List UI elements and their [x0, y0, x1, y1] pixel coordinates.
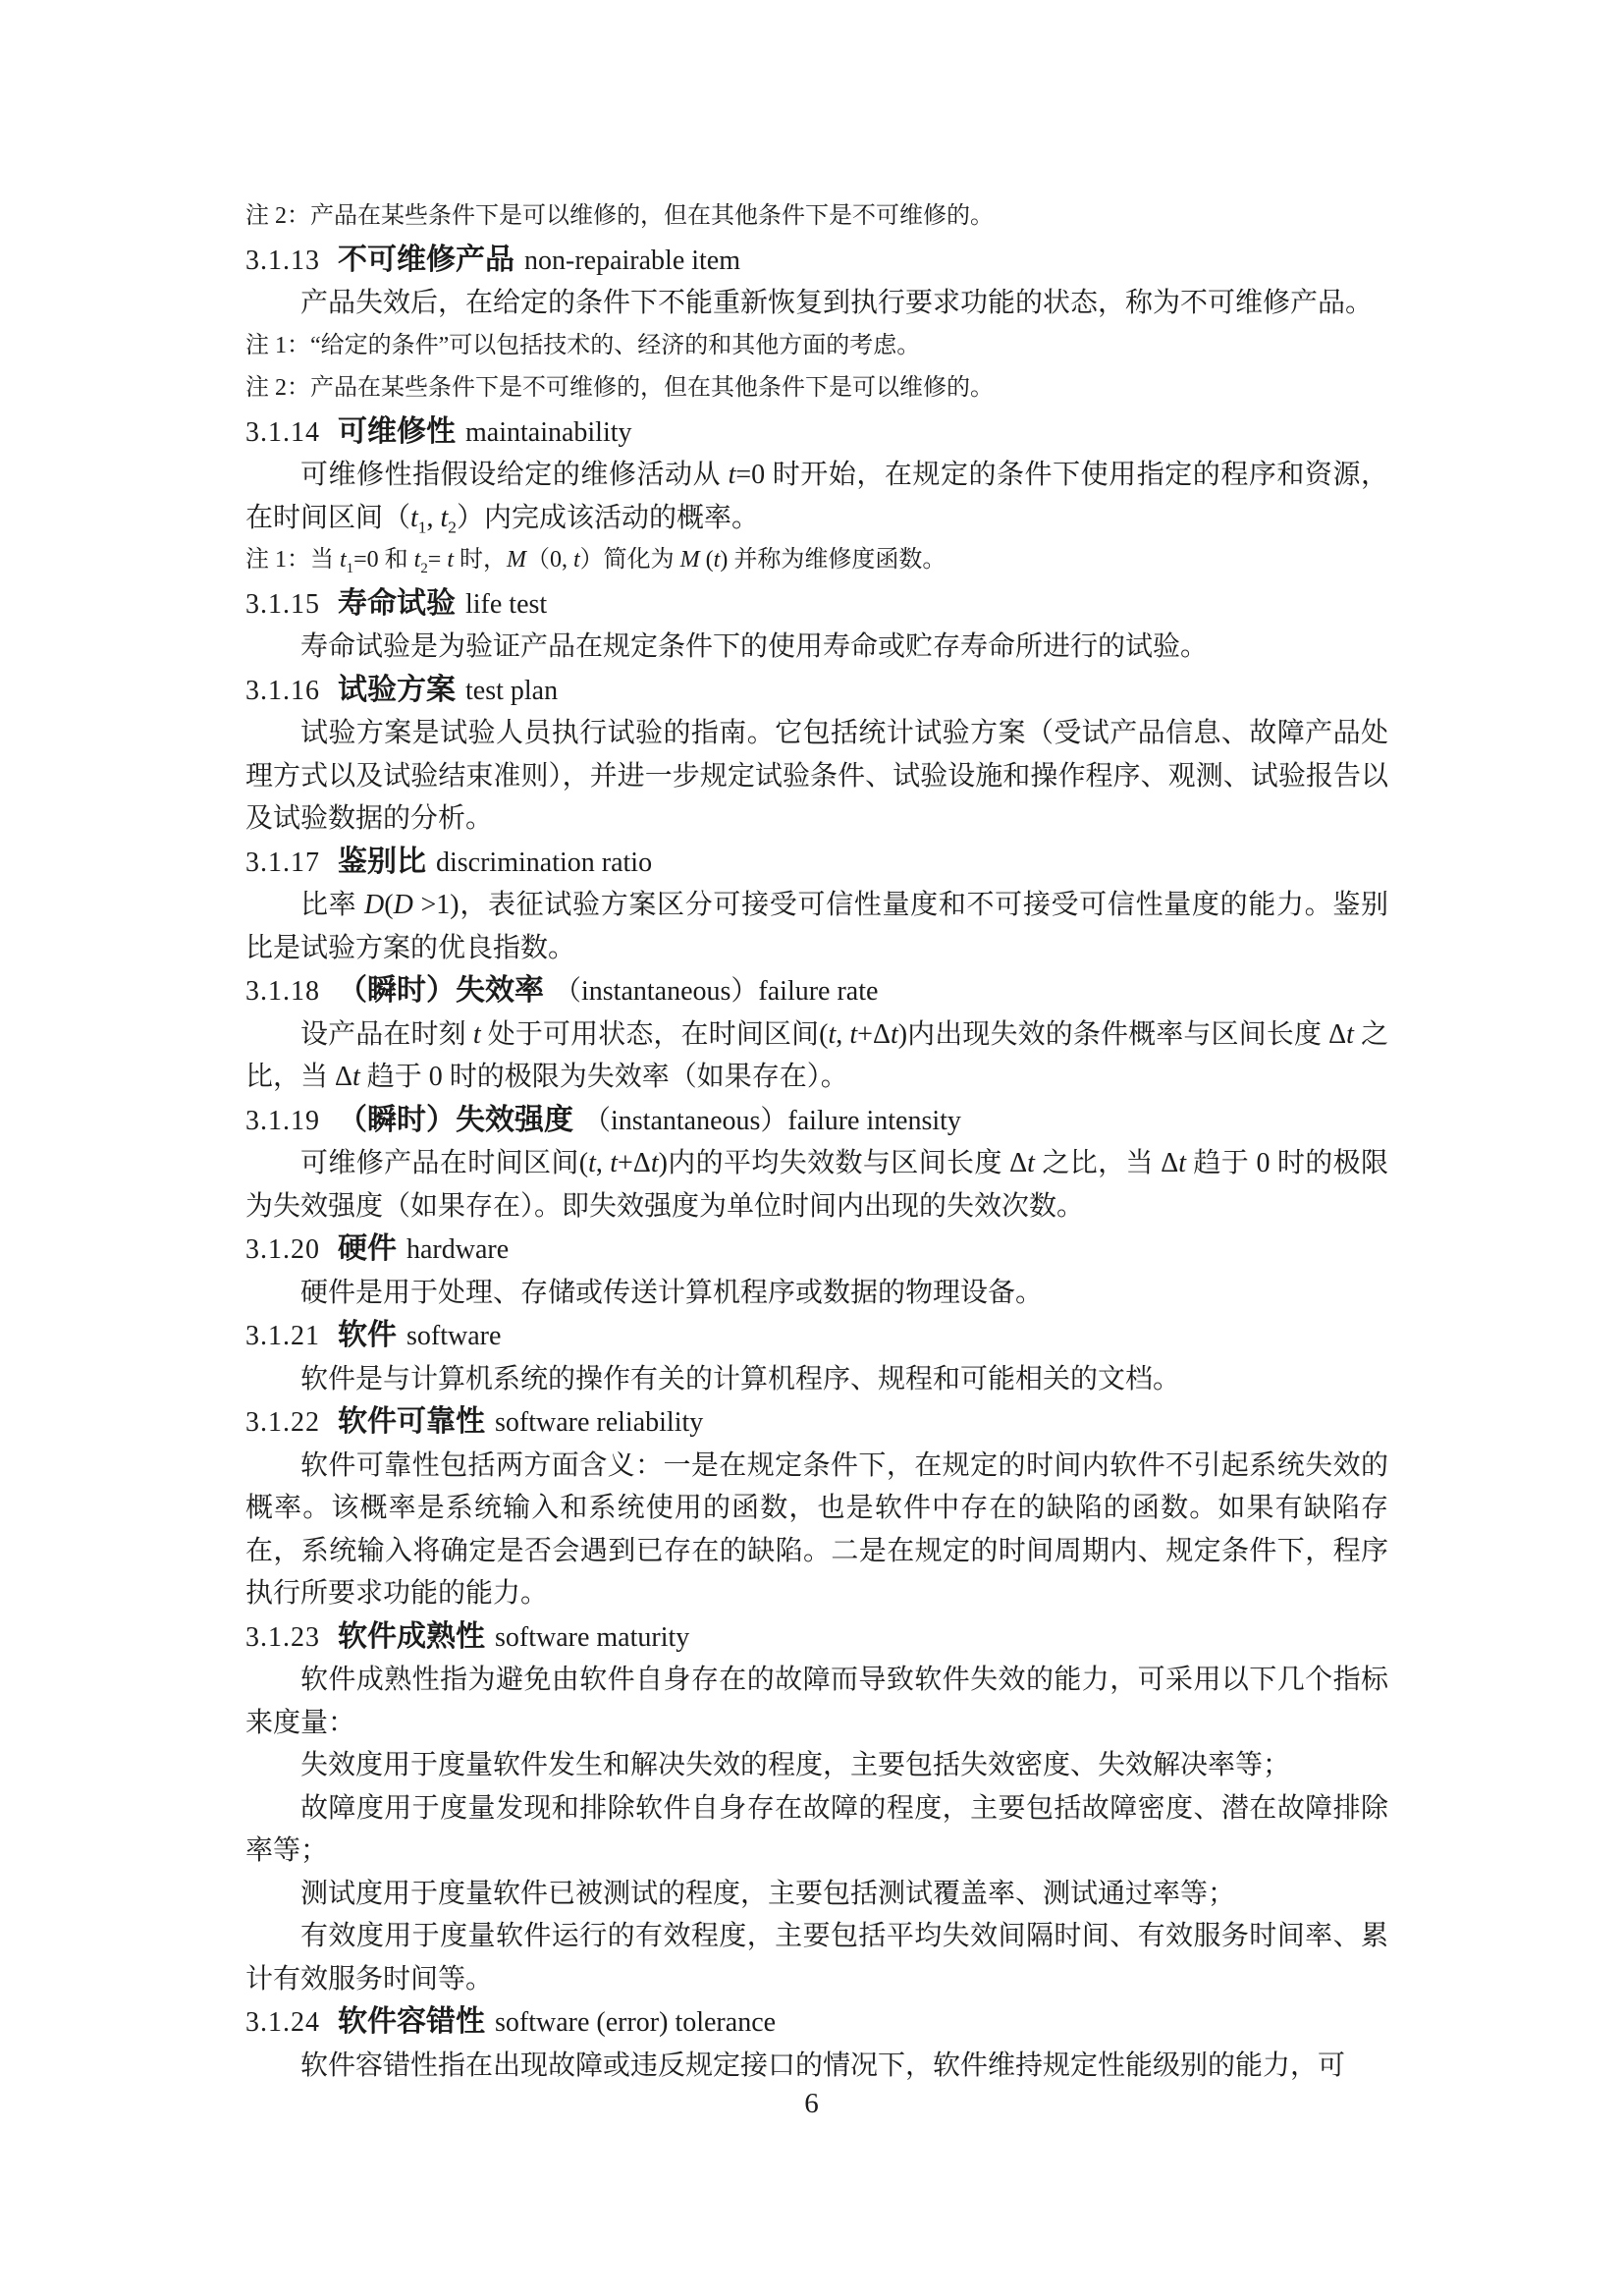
term-english: software reliability: [495, 1407, 703, 1438]
body-paragraph: 有效度用于度量软件运行的有效程度，主要包括平均失效间隔时间、有效服务时间率、累计…: [245, 1915, 1388, 2000]
body-paragraph: 寿命试验是为验证产品在规定条件下的使用寿命或贮存寿命所进行的试验。: [245, 626, 1388, 669]
term-chinese: （瞬时）失效强度: [338, 1104, 573, 1136]
note-paragraph: 注 2：产品在某些条件下是不可维修的，但在其他条件下是可以维修的。: [245, 367, 1388, 410]
body-paragraph: 失效度用于度量软件发生和解决失效的程度，主要包括失效密度、失效解决率等；: [245, 1744, 1388, 1787]
section-number: 3.1.21: [245, 1321, 320, 1351]
section-number: 3.1.15: [245, 589, 320, 620]
term-english: （instantaneous）failure rate: [554, 976, 878, 1007]
section-number: 3.1.14: [245, 417, 320, 448]
body-paragraph: 试验方案是试验人员执行试验的指南。它包括统计试验方案（受试产品信息、故障产品处理…: [245, 712, 1388, 841]
term-english: maintainability: [465, 417, 632, 448]
page-number: 6: [0, 2090, 1623, 2118]
body-paragraph: 比率 D(D >1)，表征试验方案区分可接受可信性量度和不可接受可信性量度的能力…: [245, 884, 1388, 969]
section-heading: 3.1.17鉴别比discrimination ratio: [245, 841, 1388, 885]
body-paragraph: 可维修产品在时间区间(t, t+Δt)内的平均失效数与区间长度 Δt 之比，当 …: [245, 1142, 1388, 1228]
term-chinese: 软件成熟性: [338, 1620, 485, 1653]
term-chinese: 硬件: [338, 1232, 397, 1265]
section-heading: 3.1.23软件成熟性software maturity: [245, 1615, 1388, 1660]
section-number: 3.1.17: [245, 847, 320, 878]
section-number: 3.1.22: [245, 1407, 320, 1438]
section-number: 3.1.13: [245, 246, 320, 276]
term-chinese: 软件: [338, 1319, 397, 1351]
body-paragraph: 软件是与计算机系统的操作有关的计算机程序、规程和可能相关的文档。: [245, 1358, 1388, 1401]
section-number: 3.1.20: [245, 1234, 320, 1265]
term-chinese: 可维修性: [338, 415, 456, 448]
section-heading: 3.1.15寿命试验life test: [245, 582, 1388, 627]
term-chinese: 寿命试验: [338, 587, 456, 620]
document-body: 注 2：产品在某些条件下是可以维修的，但在其他条件下是不可维修的。3.1.13不…: [245, 195, 1388, 2087]
term-english: test plan: [465, 676, 558, 706]
section-number: 3.1.19: [245, 1106, 320, 1136]
term-chinese: 鉴别比: [338, 846, 426, 878]
term-chinese: 软件可靠性: [338, 1405, 485, 1438]
term-english: discrimination ratio: [436, 847, 652, 878]
section-heading: 3.1.19（瞬时）失效强度（instantaneous）failure int…: [245, 1099, 1388, 1143]
term-english: software: [406, 1321, 501, 1351]
section-heading: 3.1.18（瞬时）失效率（instantaneous）failure rate: [245, 969, 1388, 1013]
term-chinese: 试验方案: [338, 674, 456, 706]
body-paragraph: 测试度用于度量软件已被测试的程度，主要包括测试覆盖率、测试通过率等；: [245, 1873, 1388, 1916]
section-number: 3.1.23: [245, 1622, 320, 1653]
term-english: life test: [465, 589, 547, 620]
term-english: （instantaneous）failure intensity: [583, 1106, 961, 1136]
term-english: software (error) tolerance: [495, 2007, 776, 2038]
section-heading: 3.1.21软件software: [245, 1314, 1388, 1358]
body-paragraph: 产品失效后，在给定的条件下不能重新恢复到执行要求功能的状态，称为不可维修产品。: [245, 282, 1388, 325]
section-heading: 3.1.20硬件hardware: [245, 1228, 1388, 1272]
body-paragraph: 故障度用于度量发现和排除软件自身存在故障的程度，主要包括故障密度、潜在故障排除率…: [245, 1787, 1388, 1873]
term-chinese: （瞬时）失效率: [338, 974, 544, 1007]
note-paragraph: 注 1：当 t1=0 和 t2= t 时，M（0, t）简化为 M (t) 并称…: [245, 539, 1388, 582]
document-page: 注 2：产品在某些条件下是可以维修的，但在其他条件下是不可维修的。3.1.13不…: [0, 0, 1623, 2296]
section-heading: 3.1.13不可维修产品non-repairable item: [245, 239, 1388, 283]
note-paragraph: 注 2：产品在某些条件下是可以维修的，但在其他条件下是不可维修的。: [245, 195, 1388, 239]
body-paragraph: 软件可靠性包括两方面含义：一是在规定条件下，在规定的时间内软件不引起系统失效的概…: [245, 1445, 1388, 1615]
term-english: non-repairable item: [524, 246, 740, 276]
term-chinese: 软件容错性: [338, 2005, 485, 2038]
section-number: 3.1.16: [245, 676, 320, 706]
body-paragraph: 软件成熟性指为避免由软件自身存在的故障而导致软件失效的能力，可采用以下几个指标来…: [245, 1659, 1388, 1744]
body-paragraph: 硬件是用于处理、存储或传送计算机程序或数据的物理设备。: [245, 1272, 1388, 1315]
term-chinese: 不可维修产品: [338, 244, 514, 276]
term-english: software maturity: [495, 1622, 689, 1653]
section-heading: 3.1.16试验方案test plan: [245, 669, 1388, 713]
section-heading: 3.1.14可维修性maintainability: [245, 410, 1388, 455]
term-english: hardware: [406, 1234, 509, 1265]
note-paragraph: 注 1：“给定的条件”可以包括技术的、经济的和其他方面的考虑。: [245, 325, 1388, 368]
section-number: 3.1.18: [245, 976, 320, 1007]
body-paragraph: 设产品在时刻 t 处于可用状态，在时间区间(t, t+Δt)内出现失效的条件概率…: [245, 1013, 1388, 1099]
section-heading: 3.1.22软件可靠性software reliability: [245, 1400, 1388, 1445]
section-number: 3.1.24: [245, 2007, 320, 2038]
body-paragraph: 软件容错性指在出现故障或违反规定接口的情况下，软件维持规定性能级别的能力，可: [245, 2045, 1388, 2088]
body-paragraph: 可维修性指假设给定的维修活动从 t=0 时开始，在规定的条件下使用指定的程序和资…: [245, 454, 1388, 539]
section-heading: 3.1.24软件容错性software (error) tolerance: [245, 2000, 1388, 2045]
